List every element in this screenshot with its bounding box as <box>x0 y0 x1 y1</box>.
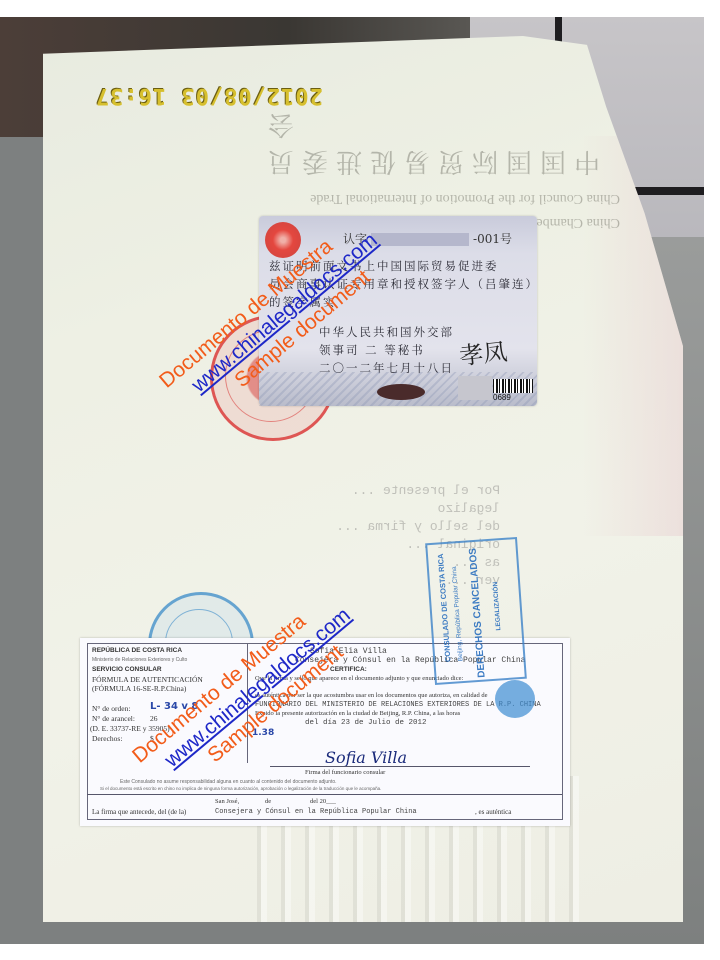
sticker-line-5: 领事司 二 等秘书 <box>319 342 425 358</box>
consul-signature: Sofia Villa <box>325 748 407 767</box>
form-ministry: Ministerio de Relaciones Exteriores y Cu… <box>92 657 187 663</box>
mfa-legalization-sticker: 认字-001号 兹证明前面文书上中国国际贸易促进委 员会商事认证专用章和授权签字… <box>259 216 537 406</box>
barcode-number: 0689 <box>493 393 511 402</box>
form-country: REPÚBLICA DE COSTA RICA <box>92 647 182 654</box>
sticker-line-2: 员会商事认证专用章和授权签字人（吕肇连） <box>269 276 539 292</box>
form-title: FÓRMULA DE AUTENTICACIÓN <box>92 675 203 684</box>
redacted-box <box>458 376 492 400</box>
sticker-line-3: 的签字属实 <box>269 294 337 310</box>
consul-name: Sofia Elia Villa <box>310 647 387 656</box>
redacted-number <box>371 233 469 246</box>
legalization-date: del día 23 de Julio de 2012 <box>305 719 427 727</box>
document-header: 中国国际贸易促进委员会 China Council for the Promot… <box>260 108 620 230</box>
tariff-number: 26 <box>150 714 158 723</box>
signature-caption: Firma del funcionario consular <box>305 769 385 776</box>
national-emblem-icon <box>265 222 301 258</box>
fees-value: $ <box>150 734 154 743</box>
form-service: SERVICIO CONSULAR <box>92 666 162 673</box>
bottom-consul-title: Consejera y Cónsul en la República Popul… <box>215 808 417 816</box>
header-english-line1: China Council for the Promotion of Inter… <box>260 190 620 206</box>
certificate-number: 认字-001号 <box>343 230 512 247</box>
sticker-hologram-seal <box>377 384 425 400</box>
header-chinese-title: 中国国际贸易促进委员会 <box>260 108 620 182</box>
certifica-label: CERTIFICA: <box>330 666 367 673</box>
order-number: L- 34 v 8 <box>150 701 198 712</box>
blue-ink-stamp <box>495 680 535 718</box>
barcode-icon <box>493 379 533 393</box>
photo-timestamp: 2012/08/03 16:37 <box>95 83 323 108</box>
costa-rica-rect-stamp: CONSULADO DE COSTA RICA Beijing, Repúbli… <box>425 537 527 685</box>
sticker-signature: 孝凤 <box>457 332 508 372</box>
sticker-line-1: 兹证明前面文书上中国国际贸易促进委 <box>269 258 499 274</box>
sticker-line-4: 中华人民共和国外交部 <box>319 324 454 340</box>
form-code: (FÓRMULA 16-SE-R.P.China) <box>92 684 186 693</box>
